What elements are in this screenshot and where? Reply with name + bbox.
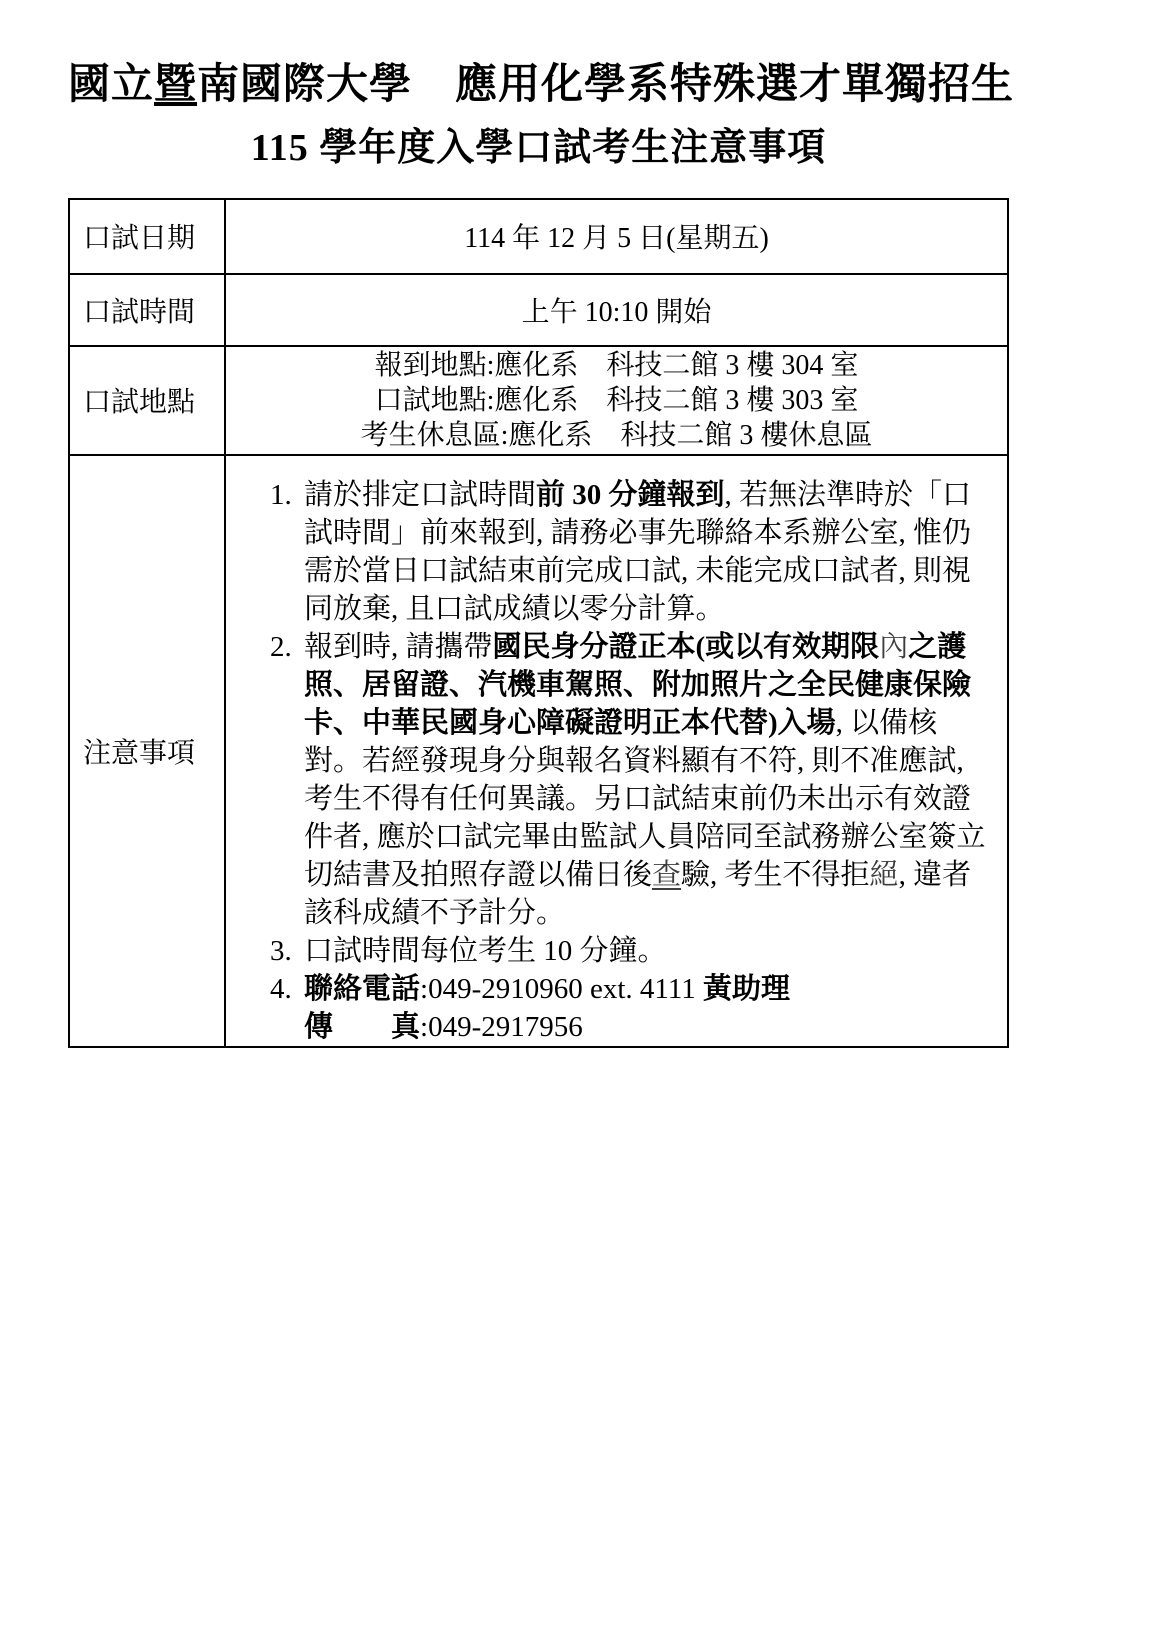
note-line: 口試時間每位考生 10 分鐘。 <box>304 932 991 970</box>
rest-area-line: 考生休息區:應化系 科技二館 3 樓休息區 <box>227 418 1006 453</box>
exam-location-value: 報到地點:應化系 科技二館 3 樓 304 室 口試地點:應化系 科技二館 3 … <box>225 346 1008 455</box>
document-title: 國立暨南國際大學 應用化學系特殊選才單獨招生 <box>68 60 1009 110</box>
exam-location-label: 口試地點 <box>69 346 225 455</box>
note-text: 聯絡電話:049-2910960 ext. 4111 黃助理傳 真:049-29… <box>304 970 991 1046</box>
note-line: 報到時, 請攜帶國民身分證正本(或以有效期限內之護照、居留證、汽機車駕照、附加照… <box>304 628 991 932</box>
text-segment: 黃助理 <box>703 973 790 1005</box>
note-number: 4. <box>270 970 304 1046</box>
info-table: 口試日期 114 年 12 月 5 日(星期五) 口試時間 上午 10:10 開… <box>68 198 1009 1048</box>
note-number: 2. <box>270 628 304 932</box>
text-segment: 暨 <box>154 62 197 108</box>
text-segment: 前 30 分鐘報到 <box>536 479 725 511</box>
notes-cell: 1.請於排定口試時間前 30 分鐘報到, 若無法準時於「口試時間」前來報到, 請… <box>225 455 1008 1047</box>
exam-time-label: 口試時間 <box>69 274 225 346</box>
note-number: 3. <box>270 932 304 970</box>
note-line: 傳 真:049-2917956 <box>304 1008 991 1046</box>
text-segment: 報到時, 請攜帶 <box>304 631 493 663</box>
text-segment: 請於排定口試時間 <box>304 479 536 511</box>
text-segment: :049-2917956 <box>420 1011 583 1043</box>
text-segment: :049-2910960 ext. 4111 <box>420 973 703 1005</box>
text-segment: 口試時間每位考生 10 分鐘。 <box>304 935 667 967</box>
table-row-notes: 注意事項 1.請於排定口試時間前 30 分鐘報到, 若無法準時於「口試時間」前來… <box>69 455 1008 1047</box>
note-text: 口試時間每位考生 10 分鐘。 <box>304 932 991 970</box>
note-item: 4.聯絡電話:049-2910960 ext. 4111 黃助理傳 真:049-… <box>270 970 991 1046</box>
text-segment: 絕 <box>870 859 899 891</box>
text-segment: 國立 <box>68 62 154 108</box>
note-number: 1. <box>270 476 304 628</box>
text-segment: 聯絡電話 <box>304 973 420 1005</box>
note-item: 2.報到時, 請攜帶國民身分證正本(或以有效期限內之護照、居留證、汽機車駕照、附… <box>270 628 991 932</box>
note-text: 報到時, 請攜帶國民身分證正本(或以有效期限內之護照、居留證、汽機車駕照、附加照… <box>304 628 991 932</box>
note-item: 3.口試時間每位考生 10 分鐘。 <box>270 932 991 970</box>
note-line: 請於排定口試時間前 30 分鐘報到, 若無法準時於「口試時間」前來報到, 請務必… <box>304 476 991 628</box>
table-row-exam-date: 口試日期 114 年 12 月 5 日(星期五) <box>69 199 1008 274</box>
text-segment: 查 <box>652 859 681 891</box>
text-segment: 傳 真 <box>304 1011 420 1043</box>
note-line: 聯絡電話:049-2910960 ext. 4111 黃助理 <box>304 970 991 1008</box>
table-row-exam-time: 口試時間 上午 10:10 開始 <box>69 274 1008 346</box>
note-item: 1.請於排定口試時間前 30 分鐘報到, 若無法準時於「口試時間」前來報到, 請… <box>270 476 991 628</box>
exam-room-line: 口試地點:應化系 科技二館 3 樓 303 室 <box>227 383 1006 418</box>
text-segment: 驗, 考生不得拒 <box>681 859 870 891</box>
text-segment: 南國際大學 應用化學系特殊選才單獨招生 <box>197 62 1014 108</box>
checkin-location-line: 報到地點:應化系 科技二館 3 樓 304 室 <box>227 348 1006 383</box>
text-segment: 內 <box>879 631 908 663</box>
note-text: 請於排定口試時間前 30 分鐘報到, 若無法準時於「口試時間」前來報到, 請務必… <box>304 476 991 628</box>
text-segment: 國民身分證正本(或以有效期限 <box>493 631 880 663</box>
notes-label: 注意事項 <box>69 455 225 1047</box>
document-page: 國立暨南國際大學 應用化學系特殊選才單獨招生 115 學年度入學口試考生注意事項… <box>68 60 1009 1048</box>
table-row-exam-location: 口試地點 報到地點:應化系 科技二館 3 樓 304 室 口試地點:應化系 科技… <box>69 346 1008 455</box>
exam-date-value: 114 年 12 月 5 日(星期五) <box>225 199 1008 274</box>
notes-list: 1.請於排定口試時間前 30 分鐘報到, 若無法準時於「口試時間」前來報到, 請… <box>270 476 991 1046</box>
exam-date-label: 口試日期 <box>69 199 225 274</box>
document-subtitle: 115 學年度入學口試考生注意事項 <box>68 126 1009 172</box>
exam-time-value: 上午 10:10 開始 <box>225 274 1008 346</box>
